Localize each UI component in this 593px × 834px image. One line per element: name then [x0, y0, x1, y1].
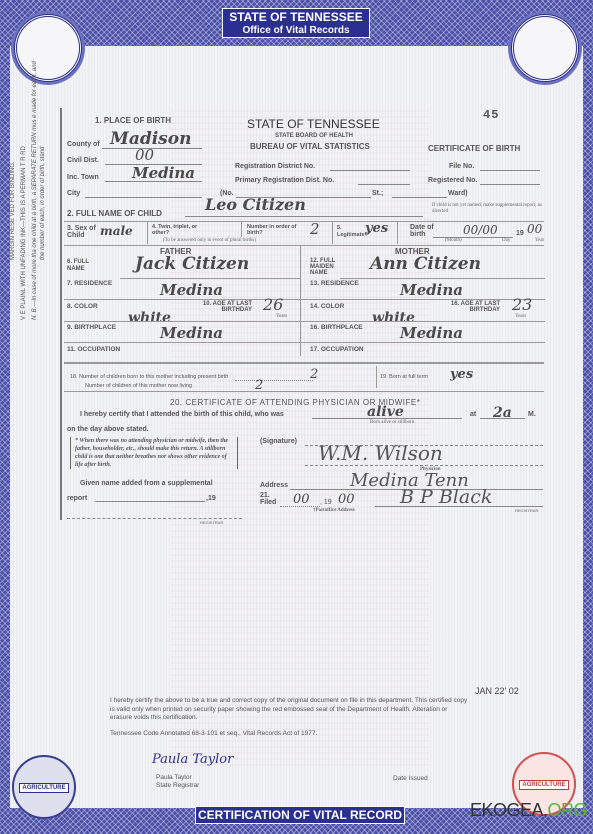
- civil-dist-label: Civil Dist.: [67, 157, 99, 164]
- divider: [64, 342, 300, 343]
- mother-name-value: Ann Citizen: [370, 254, 481, 274]
- divider: [64, 362, 544, 364]
- binding-margin-notes: MARGIN RESE VED FOR BINDING. V E PLAINL …: [8, 30, 54, 320]
- father-birthplace-value: Medina: [160, 324, 223, 342]
- corner-medallion-right: [511, 14, 579, 82]
- mother-age-unit: Years: [515, 314, 526, 319]
- registered-no-line: [480, 184, 540, 185]
- child-name-note: If child is not yet named, make suppleme…: [432, 203, 542, 215]
- margin-note-2: V E PLAINL WITH UNFADING INK—THIS IS A P…: [19, 30, 30, 320]
- state-registrar-name: Paula Taylor: [156, 774, 199, 782]
- divider: [64, 245, 544, 246]
- filed-registrar-line: [375, 506, 543, 507]
- supplemental-registrar-line: [67, 518, 242, 519]
- county-label: County of: [67, 141, 100, 148]
- filed-registrar-label: REGISTRAR: [515, 508, 538, 513]
- date-issued-label: Date Issued: [393, 775, 428, 782]
- inc-town-value: Medina: [132, 164, 195, 182]
- header-title: STATE OF TENNESSEE: [223, 11, 369, 24]
- certification-date: JAN 22' 02: [475, 686, 519, 696]
- divider: [64, 391, 544, 392]
- birth-status-note: Born alive or stillborn: [370, 420, 414, 425]
- city-line: [85, 197, 202, 198]
- parents-divider: [300, 246, 301, 356]
- file-no-label: File No.: [449, 163, 474, 170]
- birth-status-value: alive: [367, 404, 404, 420]
- mother-age-label: 16. AGE AT LAST BIRTHDAY: [430, 301, 500, 313]
- physician-footnote: * When there was no attending physician …: [70, 437, 238, 469]
- children-born-line: [235, 380, 313, 381]
- divider: [340, 278, 545, 279]
- seal-right-text: AGRICULTURE: [519, 780, 568, 790]
- divider: [301, 299, 545, 300]
- father-age-value: 26: [263, 295, 283, 314]
- father-name-label: 6. FULL NAME: [67, 259, 92, 273]
- place-of-birth-heading: 1. PLACE OF BIRTH: [95, 116, 171, 125]
- day-above-text: on the day above stated.: [67, 426, 149, 433]
- filed-year-value: 00: [338, 492, 355, 507]
- legitimate-label: 5. Legitimate?: [337, 225, 365, 239]
- father-name-value: Jack Citizen: [135, 254, 249, 274]
- mother-birthplace-label: 16. BIRTHPLACE: [310, 324, 363, 331]
- children-born-value: 2: [310, 367, 318, 382]
- sex-value: male: [100, 224, 133, 238]
- header-banner: STATE OF TENNESSEE Office of Vital Recor…: [222, 8, 370, 38]
- form-board: STATE BOARD OF HEALTH: [275, 133, 353, 139]
- plural-note: (To be answered only in event of plural …: [163, 238, 256, 243]
- father-age-unit: Years: [276, 314, 287, 319]
- form-state-title: STATE OF TENNESSEE: [247, 117, 380, 131]
- divider: [301, 321, 545, 322]
- father-birthplace-label: 9. BIRTHPLACE: [67, 324, 116, 331]
- child-name-line: [185, 216, 423, 217]
- dob-year: 00: [527, 222, 542, 236]
- certification-statement: I hereby certify the above to be a true …: [110, 697, 470, 723]
- mother-residence-label: 13. RESIDENCE: [310, 280, 359, 287]
- registered-no-label: Registered No.: [428, 177, 477, 184]
- registration-district-label: Registration District No.: [235, 163, 315, 170]
- father-color-label: 8. COLOR: [67, 303, 98, 310]
- mother-age-value: 23: [512, 295, 532, 314]
- mother-name-label: 12. FULL MAIDEN NAME: [310, 258, 340, 276]
- divider: [147, 222, 148, 244]
- legitimate-value: yes: [365, 221, 388, 236]
- divider: [376, 366, 377, 388]
- physician-certify-text: I hereby certify that I attended the bir…: [80, 411, 284, 418]
- signature-label: (Signature): [260, 438, 297, 445]
- filed-registrar-signature: B P Black: [400, 486, 492, 508]
- father-residence-label: 7. RESIDENCE: [67, 280, 112, 287]
- sex-label: 3. Sex of Child: [67, 225, 97, 239]
- time-at-label: at: [470, 411, 476, 418]
- children-born-label: 18. Number of children born to this moth…: [70, 374, 228, 380]
- birth-order-label: Number in order of birth?: [247, 224, 302, 236]
- full-term-value: yes: [450, 367, 473, 382]
- ward-line: [392, 197, 447, 198]
- divider: [301, 342, 545, 343]
- seal-left-text: AGRICULTURE: [19, 783, 68, 793]
- physician-signature: W.M. Wilson: [318, 441, 443, 465]
- civil-dist-value: 00: [135, 146, 154, 164]
- primary-registration-line: [358, 184, 410, 185]
- supplemental-label: Given name added from a supplemental: [80, 480, 213, 487]
- supplemental-registrar-label: REGISTRAR: [200, 520, 223, 525]
- file-no-line: [480, 170, 540, 171]
- father-occupation-label: 11. OCCUPATION: [67, 346, 120, 353]
- mother-occupation-label: 17. OCCUPATION: [310, 346, 364, 353]
- children-living-label: Number of children of this mother now li…: [85, 383, 192, 389]
- birth-order-value: 2: [310, 220, 320, 238]
- plural-label: 4. Twin, triplet, or other?: [152, 224, 207, 236]
- postoffice-label: †Postoffice Address: [313, 508, 355, 513]
- state-registrar-signature: Paula Taylor: [152, 752, 233, 767]
- state-seal-left: AGRICULTURE: [12, 755, 76, 819]
- form-left-border: [60, 108, 62, 520]
- report-year-prefix: ,19: [206, 495, 216, 502]
- mother-residence-value: Medina: [400, 281, 463, 299]
- margin-note-1: MARGIN RESE VED FOR BINDING.: [8, 30, 19, 320]
- divider: [241, 222, 242, 237]
- divider: [64, 321, 300, 322]
- city-label: City: [67, 190, 80, 197]
- filed-day-value: 00: [293, 492, 310, 507]
- registration-district-line: [330, 170, 410, 171]
- report-line: [95, 501, 205, 502]
- dob-year-prefix: 19: [516, 230, 524, 237]
- divider: [397, 222, 398, 244]
- time-suffix: M.: [528, 411, 536, 418]
- statute-reference: Tennessee Code Annotated 68-3-101 et seq…: [110, 730, 317, 737]
- dob-day-label: Day: [502, 238, 510, 243]
- report-label: report: [67, 495, 87, 502]
- site-watermark-main: EKOGEA.: [470, 800, 548, 820]
- child-name-label: 2. FULL NAME OF CHILD: [67, 209, 162, 218]
- certificate-number: 45: [483, 108, 499, 122]
- address-label: Address: [260, 482, 288, 489]
- mother-birthplace-value: Medina: [400, 324, 463, 342]
- divider: [332, 222, 333, 244]
- primary-registration-label: Primary Registration Dist. No.: [235, 177, 334, 184]
- site-watermark-tld: ORG: [548, 800, 588, 820]
- father-residence-value: Medina: [160, 281, 223, 299]
- child-name-value: Leo Citizen: [205, 195, 306, 214]
- site-watermark: EKOGEA.ORG: [470, 800, 587, 821]
- mother-color-label: 14. COLOR: [310, 303, 344, 310]
- form-doc-type: CERTIFICATE OF BIRTH: [428, 144, 520, 153]
- street-st-label: St.;: [372, 190, 383, 197]
- dob-year-label: Year: [535, 238, 544, 243]
- form-bureau: BUREAU OF VITAL STATISTICS: [250, 142, 370, 151]
- filed-year-prefix: , 19: [320, 499, 332, 506]
- full-term-label: 19. Born at full term: [380, 374, 428, 380]
- filed-label: 21. Filed: [260, 492, 278, 506]
- footer-banner: CERTIFICATION OF VITAL RECORD: [195, 806, 405, 824]
- dob-label: Date of birth: [410, 224, 440, 238]
- divider: [64, 221, 544, 222]
- divider: [120, 278, 300, 279]
- inc-town-label: Inc. Town: [67, 174, 99, 181]
- father-age-label: 10. AGE AT LAST BIRTHDAY: [182, 301, 252, 313]
- signature-line-2: [305, 465, 543, 466]
- dob-month-day: 00/00: [463, 223, 498, 237]
- state-registrar-title: State Registrar: [156, 782, 199, 790]
- state-registrar-block: Paula Taylor State Registrar: [156, 774, 199, 790]
- birth-time-value: 2a: [493, 405, 512, 421]
- ward-label: Ward): [448, 190, 468, 197]
- dob-month-label: (Month): [445, 238, 462, 243]
- header-subtitle: Office of Vital Records: [223, 24, 369, 37]
